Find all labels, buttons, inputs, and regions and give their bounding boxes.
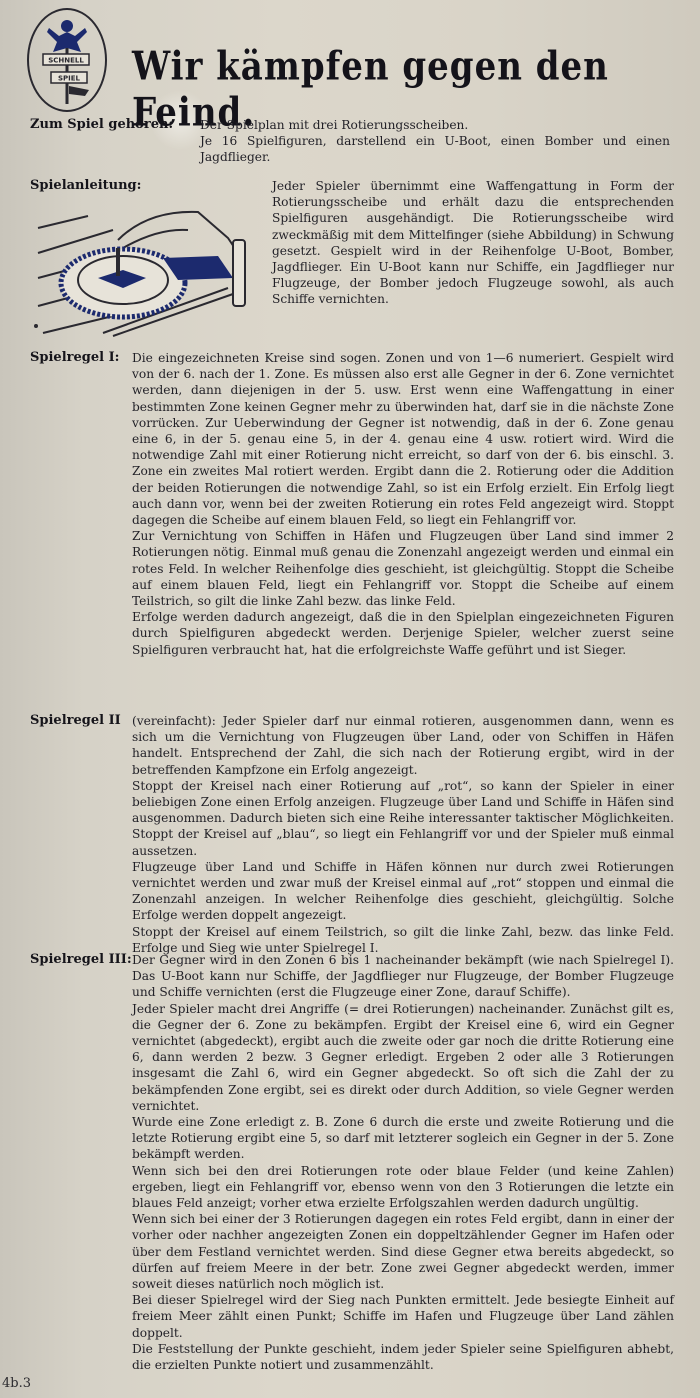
handwritten-corner-note: 4b.3 — [2, 1376, 31, 1391]
rule1-paragraph: Zur Vernichtung von Schiffen in Häfen un… — [132, 528, 674, 609]
illustration-spacer — [132, 194, 272, 339]
rule1-text: Die eingezeichneten Kreise sind sogen. Z… — [132, 350, 674, 658]
rule2-label: Spielregel II — [30, 713, 121, 728]
contents-line: Der Spielplan mit drei Rotierungsscheibe… — [200, 117, 670, 133]
svg-text:SPIEL: SPIEL — [58, 75, 81, 83]
rule3-paragraph: Die Feststellung der Punkte geschieht, i… — [132, 1341, 674, 1373]
instructions-label: Spielanleitung: — [30, 178, 141, 193]
instructions-text: Jeder Spieler übernimmt eine Waffengattu… — [132, 178, 674, 339]
contents-list: Der Spielplan mit drei Rotierungsscheibe… — [200, 117, 670, 166]
rule3-paragraph: Wurde eine Zone erledigt z. B. Zone 6 du… — [132, 1114, 674, 1163]
svg-text:SCHNELL: SCHNELL — [48, 57, 84, 65]
rule3-paragraph: Der Gegner wird in den Zonen 6 bis 1 nac… — [132, 952, 674, 1001]
rule3-label: Spielregel III: — [30, 952, 132, 967]
rule2-paragraph: Flugzeuge über Land und Schiffe in Häfen… — [132, 859, 674, 924]
rule1-paragraph: Die eingezeichneten Kreise sind sogen. Z… — [132, 350, 674, 528]
rule1-label: Spielregel I: — [30, 350, 119, 365]
rule1-paragraph: Erfolge werden dadurch angezeigt, daß di… — [132, 609, 674, 658]
rule2-text: (vereinfacht): Jeder Spieler darf nur ei… — [132, 713, 674, 956]
rule3-text: Der Gegner wird in den Zonen 6 bis 1 nac… — [132, 952, 674, 1373]
rule3-paragraph: Wenn sich bei einer der 3 Rotierungen da… — [132, 1211, 674, 1292]
instructions-paragraph: Jeder Spieler übernimmt eine Waffengattu… — [132, 178, 674, 308]
rule2-paragraph: (vereinfacht): Jeder Spieler darf nur ei… — [132, 713, 674, 778]
signpost-figure-logo-icon: SCHNELL SPIEL — [27, 8, 107, 112]
rule3-paragraph: Wenn sich bei den drei Rotierungen rote … — [132, 1163, 674, 1212]
rule3-paragraph: Jeder Spieler macht drei Angriffe (= dre… — [132, 1001, 674, 1114]
contents-label: Zum Spiel gehören: — [30, 117, 173, 132]
contents-line: Je 16 Spielfiguren, darstellend ein U-Bo… — [200, 133, 670, 165]
game-rules-sheet: SCHNELL SPIEL Wir kämpfen gegen den Fein… — [0, 0, 700, 1398]
rule3-paragraph: Bei dieser Spielregel wird der Sieg nach… — [132, 1292, 674, 1341]
rule2-paragraph: Stoppt der Kreisel nach einer Rotierung … — [132, 778, 674, 859]
